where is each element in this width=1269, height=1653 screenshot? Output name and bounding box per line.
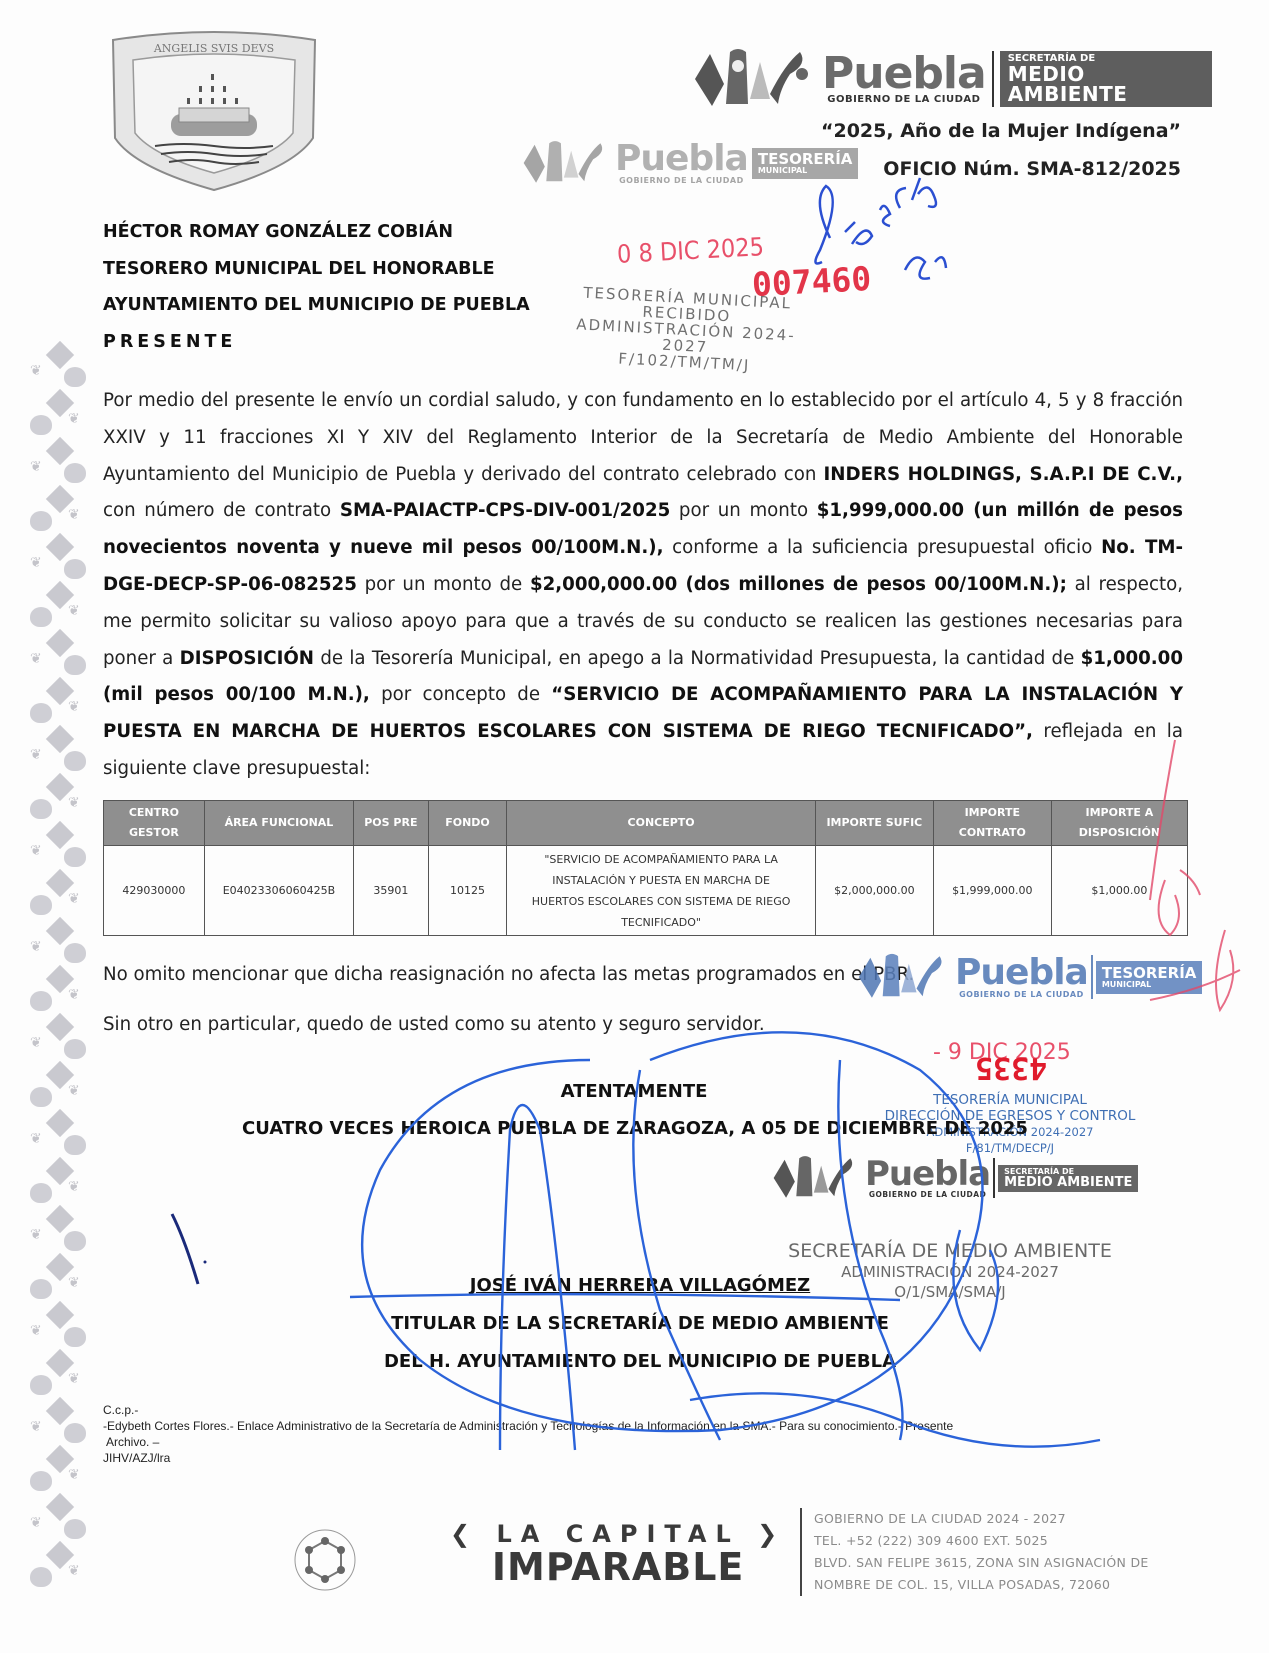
badge-bottom: MEDIO AMBIENTE [1008, 64, 1204, 104]
cell-pos-pre: 35901 [354, 846, 429, 936]
addressee-title-2: AYUNTAMIENTO DEL MUNICIPIO DE PUEBLA [103, 287, 530, 324]
border-cloud-icon [64, 1327, 86, 1347]
border-leaf-icon: ❦ [68, 699, 80, 715]
border-leaf-icon: ❦ [68, 411, 80, 427]
closing-line-2: Sin otro en particular, quedo de usted c… [103, 1014, 765, 1035]
stamp-subtitle: GOBIERNO DE LA CIUDAD [869, 1190, 987, 1199]
tesoreria-badge: TESORERÍA MUNICIPAL [752, 148, 859, 179]
border-cloud-icon [30, 415, 52, 435]
border-leaf-icon: ❦ [30, 1227, 42, 1243]
slogan-top-text: LA CAPITAL [496, 1520, 739, 1548]
col-header: CONCEPTO [507, 801, 816, 846]
logo-subtitle: GOBIERNO DE LA CIUDAD [827, 94, 980, 105]
addressee-name: HÉCTOR ROMAY GONZÁLEZ COBIÁN [103, 214, 530, 251]
equality-seal-icon [290, 1525, 360, 1595]
border-cloud-icon [30, 1279, 52, 1299]
stamp-subtitle: GOBIERNO DE LA CIUDAD [959, 990, 1084, 999]
footer-contact-info: GOBIERNO DE LA CIUDAD 2024 - 2027 TEL. +… [800, 1508, 1149, 1596]
border-diamond-icon [46, 1013, 74, 1041]
border-diamond-icon [46, 1397, 74, 1425]
table-row: 429030000 E04023306060425B 35901 10125 "… [104, 846, 1188, 936]
signer-title-1: TITULAR DE LA SECRETARÍA DE MEDIO AMBIEN… [340, 1313, 940, 1334]
body-text: con número de contrato [103, 500, 340, 521]
col-header: POS PRE [354, 801, 429, 846]
logo-divider [993, 1158, 995, 1198]
stamp-subtitle: GOBIERNO DE LA CIUDAD [619, 176, 744, 185]
sma-badge: SECRETARÍA DE MEDIO AMBIENTE [1000, 51, 1212, 107]
border-leaf-icon: ❦ [30, 1035, 42, 1051]
border-cloud-icon [30, 895, 52, 915]
border-cloud-icon [30, 1471, 52, 1491]
border-cloud-icon [30, 1375, 52, 1395]
logo-divider [1091, 955, 1093, 999]
footer-line: TEL. +52 (222) 309 4600 EXT. 5025 [814, 1530, 1149, 1552]
border-leaf-icon: ❦ [68, 987, 80, 1003]
signer-name: JOSÉ IVÁN HERRERA VILLAGÓMEZ [440, 1275, 840, 1296]
border-diamond-icon [46, 1205, 74, 1233]
sma-badge: SECRETARÍA DE MEDIO AMBIENTE [998, 1165, 1138, 1192]
border-cloud-icon [64, 1039, 86, 1059]
puebla-wordmark: Puebla [822, 54, 986, 94]
ccp-recipient: -Edybeth Cortes Flores.- Enlace Administ… [103, 1418, 953, 1434]
border-leaf-icon: ❦ [30, 747, 42, 763]
cell-centro-gestor: 429030000 [104, 846, 205, 936]
ccp-archive: Archivo. – [103, 1434, 953, 1450]
slogan-top: ❮ LA CAPITAL ❯ [450, 1520, 786, 1548]
border-diamond-icon [46, 1109, 74, 1137]
svg-text:ANGELIS SVIS DEVS: ANGELIS SVIS DEVS [153, 42, 274, 55]
col-header: ÁREA FUNCIONAL [204, 801, 353, 846]
cell-importe-contrato: $1,999,000.00 [933, 846, 1051, 936]
oficio-number: OFICIO Núm. SMA-812/2025 [883, 158, 1181, 180]
stamp-line-1: TESORERÍA MUNICIPAL [880, 1092, 1140, 1108]
closing-line-1: No omito mencionar que dicha reasignació… [103, 964, 914, 985]
border-leaf-icon: ❦ [30, 1419, 42, 1435]
ccp-initials: JIHV/AZJ/lra [103, 1450, 953, 1466]
sma-logo-stamp: Puebla GOBIERNO DE LA CIUDAD SECRETARÍA … [770, 1150, 1138, 1206]
cell-importe-sufic: $2,000,000.00 [815, 846, 933, 936]
year-motto: “2025, Año de la Mujer Indígena” [821, 120, 1181, 142]
border-diamond-icon [46, 533, 74, 561]
border-leaf-icon: ❦ [68, 1083, 80, 1099]
border-cloud-icon [64, 1231, 86, 1251]
signer-title-2: DEL H. AYUNTAMIENTO DEL MUNICIPIO DE PUE… [340, 1351, 940, 1372]
col-header: IMPORTE CONTRATO [933, 801, 1051, 846]
col-header: CENTRO GESTOR [104, 801, 205, 846]
footer-line: BLVD. SAN FELIPE 3615, ZONA SIN ASIGNACI… [814, 1552, 1149, 1574]
border-leaf-icon: ❦ [30, 555, 42, 571]
col-header: FONDO [428, 801, 507, 846]
border-leaf-icon: ❦ [68, 1371, 80, 1387]
sufficiency-amount: $2,000,000.00 (dos millones de pesos 00/… [530, 574, 1067, 595]
border-cloud-icon [64, 847, 86, 867]
border-cloud-icon [64, 1423, 86, 1443]
received-date-stamp: 0 8 DIC 2025 [616, 232, 764, 269]
la-capital-imparable-logo: ❮ LA CAPITAL ❯ IMPARABLE [450, 1520, 786, 1586]
border-leaf-icon: ❦ [30, 843, 42, 859]
cell-importe-disposicion: $1,000.00 [1051, 846, 1187, 936]
addressee-block: HÉCTOR ROMAY GONZÁLEZ COBIÁN TESORERO MU… [103, 214, 530, 360]
border-cloud-icon [64, 943, 86, 963]
stamp-wordmark: Puebla [865, 1158, 990, 1190]
place-and-date: CUATRO VECES HEROICA PUEBLA DE ZARAGOZA,… [200, 1118, 1070, 1139]
border-leaf-icon: ❦ [68, 1179, 80, 1195]
slogan-bottom: IMPARABLE [450, 1548, 786, 1586]
border-leaf-icon: ❦ [68, 1275, 80, 1291]
border-leaf-icon: ❦ [68, 603, 80, 619]
disposition-term: DISPOSICIÓN [180, 648, 314, 669]
border-leaf-icon: ❦ [30, 939, 42, 955]
tesoreria-logo-stamp: Puebla GOBIERNO DE LA CIUDAD TESORERÍA M… [520, 134, 858, 192]
puebla-emblem-icon [690, 44, 820, 114]
body-text: de la Tesorería Municipal, en apego a la… [314, 648, 1081, 669]
border-leaf-icon: ❦ [68, 891, 80, 907]
border-cloud-icon [64, 1519, 86, 1539]
cell-concepto: "SERVICIO DE ACOMPAÑAMIENTO PARA LA INST… [507, 846, 816, 936]
badge-bottom: MUNICIPAL [758, 167, 853, 175]
border-leaf-icon: ❦ [30, 1323, 42, 1339]
logo-divider [992, 51, 994, 107]
badge-bottom: MEDIO AMBIENTE [1004, 1176, 1132, 1189]
border-diamond-icon [46, 1301, 74, 1329]
border-leaf-icon: ❦ [68, 1563, 80, 1579]
body-text: por un monto de [357, 574, 530, 595]
border-diamond-icon [46, 437, 74, 465]
cell-fondo: 10125 [428, 846, 507, 936]
border-leaf-icon: ❦ [30, 363, 42, 379]
border-leaf-icon: ❦ [30, 1131, 42, 1147]
presente-label: PRESENTE [103, 324, 530, 361]
border-cloud-icon [30, 1567, 52, 1587]
footer-line: GOBIERNO DE LA CIUDAD 2024 - 2027 [814, 1508, 1149, 1530]
contract-number: SMA-PAIACTP-CPS-DIV-001/2025 [340, 500, 670, 521]
body-paragraph: Por medio del presente le envío un cordi… [103, 383, 1183, 788]
badge-top: TESORERÍA [1102, 966, 1197, 981]
wing-right-icon: ❯ [757, 1520, 786, 1548]
badge-bottom: MUNICIPAL [1102, 981, 1197, 989]
col-header: IMPORTE SUFIC [815, 801, 933, 846]
decorative-side-border: ❦❦❦❦❦❦❦❦❦❦❦❦❦❦❦❦❦❦❦❦❦❦❦❦❦❦ [28, 345, 88, 1615]
atentamente-label: ATENTAMENTE [534, 1081, 734, 1102]
stamp-wordmark: Puebla [615, 142, 748, 176]
border-cloud-icon [30, 607, 52, 627]
border-leaf-icon: ❦ [30, 459, 42, 475]
border-leaf-icon: ❦ [68, 507, 80, 523]
border-cloud-icon [64, 1135, 86, 1155]
pen-mark-icon [172, 1214, 198, 1284]
border-diamond-icon [46, 725, 74, 753]
tesoreria-control-logo-stamp: Puebla GOBIERNO DE LA CIUDAD TESORERÍA M… [855, 948, 1202, 1006]
border-cloud-icon [64, 559, 86, 579]
city-crest-icon: ANGELIS SVIS DEVS [103, 28, 325, 193]
company-name: INDERS HOLDINGS, S.A.P.I DE C.V., [823, 464, 1183, 485]
footer-line: NOMBRE DE COL. 15, VILLA POSADAS, 72060 [814, 1574, 1149, 1596]
border-leaf-icon: ❦ [30, 651, 42, 667]
body-text: por un monto [670, 500, 816, 521]
border-cloud-icon [30, 991, 52, 1011]
border-diamond-icon [46, 917, 74, 945]
border-leaf-icon: ❦ [30, 1515, 42, 1531]
addressee-title-1: TESORERO MUNICIPAL DEL HONORABLE [103, 251, 530, 288]
border-leaf-icon: ❦ [68, 1467, 80, 1483]
border-diamond-icon [46, 629, 74, 657]
budget-key-table: CENTRO GESTOR ÁREA FUNCIONAL POS PRE FON… [103, 800, 1188, 936]
border-cloud-icon [30, 1087, 52, 1107]
wing-left-icon: ❮ [450, 1520, 479, 1548]
carbon-copy-block: C.c.p.- -Edybeth Cortes Flores.- Enlace … [103, 1402, 953, 1466]
body-text: por concepto de [370, 684, 551, 705]
border-leaf-icon: ❦ [68, 795, 80, 811]
border-cloud-icon [64, 751, 86, 771]
border-cloud-icon [30, 1183, 52, 1203]
puebla-emblem-icon [520, 134, 615, 192]
border-cloud-icon [64, 655, 86, 675]
cell-area-funcional: E04023306060425B [204, 846, 353, 936]
ccp-label: C.c.p.- [103, 1402, 953, 1418]
col-header: IMPORTE A DISPOSICIÓN [1051, 801, 1187, 846]
control-folio-stamp: 4335 [975, 1050, 1047, 1085]
border-cloud-icon [64, 367, 86, 387]
border-cloud-icon [30, 703, 52, 723]
puebla-emblem-icon [770, 1150, 865, 1206]
puebla-emblem-icon [855, 948, 955, 1006]
border-cloud-icon [64, 463, 86, 483]
table-header-row: CENTRO GESTOR ÁREA FUNCIONAL POS PRE FON… [104, 801, 1188, 846]
tesoreria-badge: TESORERÍA MUNICIPAL [1096, 961, 1203, 994]
border-cloud-icon [30, 511, 52, 531]
border-cloud-icon [30, 799, 52, 819]
badge-top: TESORERÍA [758, 152, 853, 167]
puebla-sma-logo: Puebla GOBIERNO DE LA CIUDAD SECRETARÍA … [690, 44, 1212, 114]
stamp-line-1: SECRETARÍA DE MEDIO AMBIENTE [780, 1240, 1120, 1262]
border-diamond-icon [46, 821, 74, 849]
stamp-wordmark: Puebla [955, 956, 1088, 990]
border-diamond-icon [46, 1493, 74, 1521]
received-stamp-text: TESORERÍA MUNICIPAL RECIBIDO ADMINISTRAC… [554, 283, 818, 376]
body-text: conforme a la suficiencia presupuestal o… [663, 537, 1101, 558]
border-diamond-icon [46, 341, 74, 369]
